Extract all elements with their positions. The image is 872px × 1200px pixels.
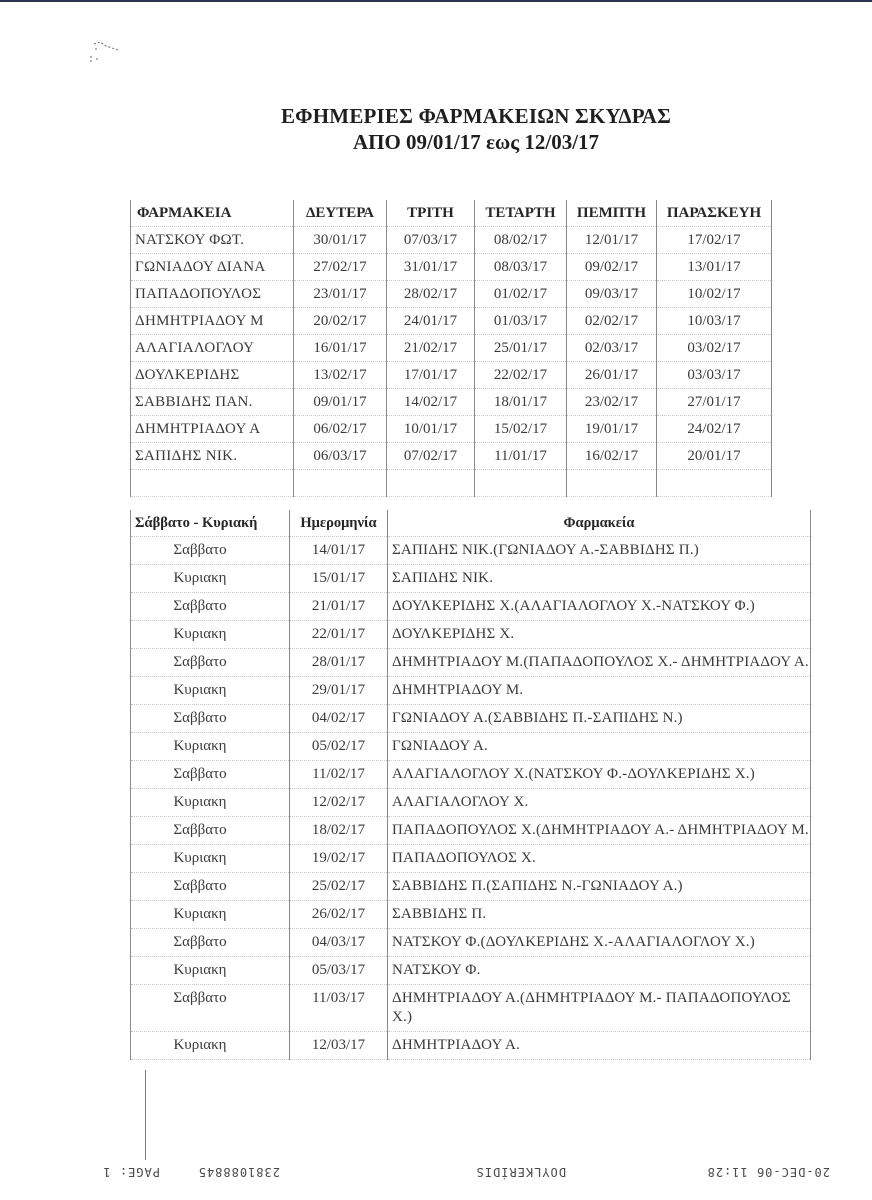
weekend-pharmacy-cell: ΔΟΥΛΚΕΡΙΔΗΣ Χ.(ΑΛΑΓΙΑΛΟΓΛΟΥ Χ.-ΝΑΤΣΚΟΥ Φ… — [388, 593, 811, 621]
weekend-pharmacy-cell: ΣΑΠΙΔΗΣ ΝΙΚ. — [388, 565, 811, 593]
duty-date-cell: 27/02/17 — [294, 254, 387, 281]
duty-date-cell: 10/03/17 — [657, 308, 772, 335]
duty-date-cell: 06/03/17 — [294, 443, 387, 470]
weekend-date-cell: 19/02/17 — [290, 845, 388, 873]
duty-date-cell: 21/02/17 — [387, 335, 475, 362]
weekend-day-cell: Κυριακη — [131, 621, 290, 649]
duty-date-cell: 23/02/17 — [567, 389, 657, 416]
document-title: ΕΦΗΜΕΡΙΕΣ ΦΑΡΜΑΚΕΙΩΝ ΣΚΥΔΡΑΣ — [40, 104, 872, 129]
weekend-day-cell: Κυριακη — [131, 1032, 290, 1060]
table-row: Σαββατο25/02/17ΣΑΒΒΙΔΗΣ Π.(ΣΑΠΙΔΗΣ Ν.-ΓΩ… — [131, 873, 811, 901]
header-day: Σάββατο - Κυριακή — [131, 510, 290, 537]
weekend-date-cell: 04/03/17 — [290, 929, 388, 957]
duty-date-cell: 31/01/17 — [387, 254, 475, 281]
fax-page: PAGE: 1 — [102, 1165, 160, 1179]
pharmacy-name-cell: ΣΑΠΙΔΗΣ ΝΙΚ. — [131, 443, 294, 470]
table-row: ΔΟΥΛΚΕΡΙΔΗΣ13/02/1717/01/1722/02/1726/01… — [131, 362, 772, 389]
weekend-date-cell: 18/02/17 — [290, 817, 388, 845]
weekend-date-cell: 14/01/17 — [290, 537, 388, 565]
weekend-pharmacy-cell: ΑΛΑΓΙΑΛΟΓΛΟΥ Χ.(ΝΑΤΣΚΟΥ Φ.-ΔΟΥΛΚΕΡΙΔΗΣ Χ… — [388, 761, 811, 789]
weekday-duty-table: ΦΑΡΜΑΚΕΙΑ ΔΕΥΤΕΡΑ ΤΡΙΤΗ ΤΕΤΑΡΤΗ ΠΕΜΠΤΗ Π… — [130, 200, 772, 497]
duty-date-cell: 26/01/17 — [567, 362, 657, 389]
duty-date-cell: 23/01/17 — [294, 281, 387, 308]
weekend-date-cell: 12/02/17 — [290, 789, 388, 817]
pharmacy-name-cell: ΠΑΠΑΔΟΠΟΥΛΟΣ — [131, 281, 294, 308]
table-row: Σαββατο18/02/17ΠΑΠΑΔΟΠΟΥΛΟΣ Χ.(ΔΗΜΗΤΡΙΑΔ… — [131, 817, 811, 845]
table-row: Σαββατο04/03/17ΝΑΤΣΚΟΥ Φ.(ΔΟΥΛΚΕΡΙΔΗΣ Χ.… — [131, 929, 811, 957]
table-row: Κυριακη12/02/17ΑΛΑΓΙΑΛΟΓΛΟΥ Χ. — [131, 789, 811, 817]
table-row: Κυριακη15/01/17ΣΑΠΙΔΗΣ ΝΙΚ. — [131, 565, 811, 593]
duty-date-cell: 28/02/17 — [387, 281, 475, 308]
table-row: Κυριακη26/02/17ΣΑΒΒΙΔΗΣ Π. — [131, 901, 811, 929]
table-row: Κυριακη05/02/17ΓΩΝΙΑΔΟΥ Α. — [131, 733, 811, 761]
pharmacy-name-cell: ΔΟΥΛΚΕΡΙΔΗΣ — [131, 362, 294, 389]
weekend-pharmacy-cell: ΔΗΜΗΤΡΙΑΔΟΥ Α.(ΔΗΜΗΤΡΙΑΔΟΥ Μ.- ΠΑΠΑΔΟΠΟΥ… — [388, 985, 811, 1032]
header-date: Ημερομηνία — [290, 510, 388, 537]
table-row: Κυριακη22/01/17ΔΟΥΛΚΕΡΙΔΗΣ Χ. — [131, 621, 811, 649]
table-row: Σαββατο28/01/17ΔΗΜΗΤΡΙΑΔΟΥ Μ.(ΠΑΠΑΔΟΠΟΥΛ… — [131, 649, 811, 677]
fax-datetime: 20-DEC-06 11:28 — [707, 1165, 830, 1179]
weekend-date-cell: 21/01/17 — [290, 593, 388, 621]
weekend-day-cell: Κυριακη — [131, 789, 290, 817]
table-row: Σαββατο21/01/17ΔΟΥΛΚΕΡΙΔΗΣ Χ.(ΑΛΑΓΙΑΛΟΓΛ… — [131, 593, 811, 621]
duty-date-cell: 27/01/17 — [657, 389, 772, 416]
duty-date-cell: 18/01/17 — [475, 389, 567, 416]
duty-date-cell: 14/02/17 — [387, 389, 475, 416]
pharmacy-name-cell: ΝΑΤΣΚΟΥ ΦΩΤ. — [131, 227, 294, 254]
weekend-header-row: Σάββατο - Κυριακή Ημερομηνία Φαρμακεία — [131, 510, 811, 537]
header-pharmacies: ΦΑΡΜΑΚΕΙΑ — [131, 200, 294, 227]
weekend-date-cell: 11/03/17 — [290, 985, 388, 1032]
fax-footer: 20-DEC-06 11:28 DOYLKERÍDIS 2381088845 P… — [0, 1160, 872, 1182]
duty-date-cell: 07/02/17 — [387, 443, 475, 470]
fax-number: 2381088845 — [198, 1165, 280, 1179]
table-row: ΓΩΝΙΑΔΟΥ ΔΙΑΝΑ27/02/1731/01/1708/03/1709… — [131, 254, 772, 281]
duty-date-cell: 09/03/17 — [567, 281, 657, 308]
weekend-date-cell: 22/01/17 — [290, 621, 388, 649]
weekend-pharmacy-cell: ΓΩΝΙΑΔΟΥ Α.(ΣΑΒΒΙΔΗΣ Π.-ΣΑΠΙΔΗΣ Ν.) — [388, 705, 811, 733]
header-thursday: ΠΕΜΠΤΗ — [567, 200, 657, 227]
weekend-day-cell: Κυριακη — [131, 565, 290, 593]
weekend-day-cell: Σαββατο — [131, 761, 290, 789]
empty-cell — [294, 470, 387, 497]
duty-date-cell: 17/01/17 — [387, 362, 475, 389]
weekend-pharmacy-cell: ΠΑΠΑΔΟΠΟΥΛΟΣ Χ. — [388, 845, 811, 873]
duty-date-cell: 01/02/17 — [475, 281, 567, 308]
weekend-day-cell: Σαββατο — [131, 705, 290, 733]
header-tuesday: ΤΡΙΤΗ — [387, 200, 475, 227]
empty-cell — [131, 470, 294, 497]
weekend-day-cell: Σαββατο — [131, 929, 290, 957]
duty-date-cell: 13/02/17 — [294, 362, 387, 389]
table-row: Κυριακη29/01/17ΔΗΜΗΤΡΙΑΔΟΥ Μ. — [131, 677, 811, 705]
weekend-pharmacy-cell: ΔΗΜΗΤΡΙΑΔΟΥ Μ. — [388, 677, 811, 705]
weekend-pharmacy-cell: ΔΗΜΗΤΡΙΑΔΟΥ Α. — [388, 1032, 811, 1060]
duty-date-cell: 13/01/17 — [657, 254, 772, 281]
table-row: Σαββατο11/02/17ΑΛΑΓΙΑΛΟΓΛΟΥ Χ.(ΝΑΤΣΚΟΥ Φ… — [131, 761, 811, 789]
duty-date-cell: 03/03/17 — [657, 362, 772, 389]
weekend-day-cell: Σαββατο — [131, 873, 290, 901]
weekend-date-cell: 26/02/17 — [290, 901, 388, 929]
duty-date-cell: 17/02/17 — [657, 227, 772, 254]
duty-date-cell: 09/02/17 — [567, 254, 657, 281]
scan-artifact-mark — [88, 38, 128, 68]
header-monday: ΔΕΥΤΕΡΑ — [294, 200, 387, 227]
duty-date-cell: 11/01/17 — [475, 443, 567, 470]
duty-date-cell: 16/01/17 — [294, 335, 387, 362]
duty-date-cell: 02/02/17 — [567, 308, 657, 335]
pharmacy-name-cell: ΑΛΑΓΙΑΛΟΓΛΟΥ — [131, 335, 294, 362]
pharmacy-name-cell: ΔΗΜΗΤΡΙΑΔΟΥ Α — [131, 416, 294, 443]
duty-date-cell: 07/03/17 — [387, 227, 475, 254]
table-row: ΣΑΠΙΔΗΣ ΝΙΚ.06/03/1707/02/1711/01/1716/0… — [131, 443, 772, 470]
weekend-pharmacy-cell: ΝΑΤΣΚΟΥ Φ.(ΔΟΥΛΚΕΡΙΔΗΣ Χ.-ΑΛΑΓΙΑΛΟΓΛΟΥ Χ… — [388, 929, 811, 957]
weekend-day-cell: Κυριακη — [131, 901, 290, 929]
table-row: ΝΑΤΣΚΟΥ ΦΩΤ.30/01/1707/03/1708/02/1712/0… — [131, 227, 772, 254]
empty-cell — [475, 470, 567, 497]
table-row: Κυριακη19/02/17ΠΑΠΑΔΟΠΟΥΛΟΣ Χ. — [131, 845, 811, 873]
scan-artifact-line — [145, 1070, 146, 1160]
table-row: ΣΑΒΒΙΔΗΣ ΠΑΝ.09/01/1714/02/1718/01/1723/… — [131, 389, 772, 416]
weekend-pharmacy-cell: ΔΟΥΛΚΕΡΙΔΗΣ Χ. — [388, 621, 811, 649]
weekend-day-cell: Σαββατο — [131, 985, 290, 1032]
weekend-date-cell: 12/03/17 — [290, 1032, 388, 1060]
weekend-day-cell: Κυριακη — [131, 957, 290, 985]
weekend-date-cell: 05/02/17 — [290, 733, 388, 761]
duty-date-cell: 06/02/17 — [294, 416, 387, 443]
duty-date-cell: 10/01/17 — [387, 416, 475, 443]
header-wednesday: ΤΕΤΑΡΤΗ — [475, 200, 567, 227]
weekend-pharmacy-cell: ΠΑΠΑΔΟΠΟΥΛΟΣ Χ.(ΔΗΜΗΤΡΙΑΔΟΥ Α.- ΔΗΜΗΤΡΙΑ… — [388, 817, 811, 845]
duty-date-cell: 22/02/17 — [475, 362, 567, 389]
weekend-date-cell: 28/01/17 — [290, 649, 388, 677]
duty-date-cell: 20/01/17 — [657, 443, 772, 470]
weekend-date-cell: 15/01/17 — [290, 565, 388, 593]
fax-sender: DOYLKERÍDIS — [476, 1165, 566, 1179]
weekend-day-cell: Σαββατο — [131, 593, 290, 621]
duty-date-cell: 20/02/17 — [294, 308, 387, 335]
duty-date-cell: 25/01/17 — [475, 335, 567, 362]
table-row: Κυριακη12/03/17ΔΗΜΗΤΡΙΑΔΟΥ Α. — [131, 1032, 811, 1060]
weekend-pharmacy-cell: ΣΑΠΙΔΗΣ ΝΙΚ.(ΓΩΝΙΑΔΟΥ Α.-ΣΑΒΒΙΔΗΣ Π.) — [388, 537, 811, 565]
weekend-date-cell: 25/02/17 — [290, 873, 388, 901]
weekend-date-cell: 11/02/17 — [290, 761, 388, 789]
header-pharmacies: Φαρμακεία — [388, 510, 811, 537]
weekend-pharmacy-cell: ΔΗΜΗΤΡΙΑΔΟΥ Μ.(ΠΑΠΑΔΟΠΟΥΛΟΣ Χ.- ΔΗΜΗΤΡΙΑ… — [388, 649, 811, 677]
duty-date-cell: 16/02/17 — [567, 443, 657, 470]
header-friday: ΠΑΡΑΣΚΕΥΗ — [657, 200, 772, 227]
table-row: ΔΗΜΗΤΡΙΑΔΟΥ Α06/02/1710/01/1715/02/1719/… — [131, 416, 772, 443]
table-row: ΑΛΑΓΙΑΛΟΓΛΟΥ16/01/1721/02/1725/01/1702/0… — [131, 335, 772, 362]
table-row: Σαββατο04/02/17ΓΩΝΙΑΔΟΥ Α.(ΣΑΒΒΙΔΗΣ Π.-Σ… — [131, 705, 811, 733]
duty-date-cell: 09/01/17 — [294, 389, 387, 416]
duty-date-cell: 24/02/17 — [657, 416, 772, 443]
table-row: Σαββατο11/03/17ΔΗΜΗΤΡΙΑΔΟΥ Α.(ΔΗΜΗΤΡΙΑΔΟ… — [131, 985, 811, 1032]
empty-cell — [657, 470, 772, 497]
weekend-day-cell: Σαββατο — [131, 649, 290, 677]
weekend-day-cell: Κυριακη — [131, 733, 290, 761]
weekend-day-cell: Κυριακη — [131, 677, 290, 705]
pharmacy-name-cell: ΔΗΜΗΤΡΙΑΔΟΥ Μ — [131, 308, 294, 335]
table-row: ΠΑΠΑΔΟΠΟΥΛΟΣ23/01/1728/02/1701/02/1709/0… — [131, 281, 772, 308]
weekend-day-cell: Κυριακη — [131, 845, 290, 873]
duty-date-cell: 02/03/17 — [567, 335, 657, 362]
weekend-duty-table: Σάββατο - Κυριακή Ημερομηνία Φαρμακεία Σ… — [130, 510, 811, 1060]
duty-date-cell: 01/03/17 — [475, 308, 567, 335]
duty-date-cell: 30/01/17 — [294, 227, 387, 254]
weekend-date-cell: 04/02/17 — [290, 705, 388, 733]
weekend-pharmacy-cell: ΣΑΒΒΙΔΗΣ Π. — [388, 901, 811, 929]
weekend-date-cell: 05/03/17 — [290, 957, 388, 985]
empty-cell — [567, 470, 657, 497]
table-row: Κυριακη05/03/17ΝΑΤΣΚΟΥ Φ. — [131, 957, 811, 985]
weekend-pharmacy-cell: ΓΩΝΙΑΔΟΥ Α. — [388, 733, 811, 761]
duty-date-cell: 08/03/17 — [475, 254, 567, 281]
pharmacy-name-cell: ΓΩΝΙΑΔΟΥ ΔΙΑΝΑ — [131, 254, 294, 281]
document-period: ΑΠΟ 09/01/17 εως 12/03/17 — [40, 130, 872, 155]
weekend-pharmacy-cell: ΝΑΤΣΚΟΥ Φ. — [388, 957, 811, 985]
weekday-header-row: ΦΑΡΜΑΚΕΙΑ ΔΕΥΤΕΡΑ ΤΡΙΤΗ ΤΕΤΑΡΤΗ ΠΕΜΠΤΗ Π… — [131, 200, 772, 227]
weekend-day-cell: Σαββατο — [131, 537, 290, 565]
weekend-pharmacy-cell: ΑΛΑΓΙΑΛΟΓΛΟΥ Χ. — [388, 789, 811, 817]
table-row: Σαββατο14/01/17ΣΑΠΙΔΗΣ ΝΙΚ.(ΓΩΝΙΑΔΟΥ Α.-… — [131, 537, 811, 565]
duty-date-cell: 08/02/17 — [475, 227, 567, 254]
weekend-date-cell: 29/01/17 — [290, 677, 388, 705]
duty-date-cell: 15/02/17 — [475, 416, 567, 443]
table-row: ΔΗΜΗΤΡΙΑΔΟΥ Μ20/02/1724/01/1701/03/1702/… — [131, 308, 772, 335]
duty-date-cell: 12/01/17 — [567, 227, 657, 254]
weekend-pharmacy-cell: ΣΑΒΒΙΔΗΣ Π.(ΣΑΠΙΔΗΣ Ν.-ΓΩΝΙΑΔΟΥ Α.) — [388, 873, 811, 901]
pharmacy-name-cell: ΣΑΒΒΙΔΗΣ ΠΑΝ. — [131, 389, 294, 416]
scan-top-edge — [0, 0, 872, 2]
duty-date-cell: 10/02/17 — [657, 281, 772, 308]
empty-cell — [387, 470, 475, 497]
weekend-day-cell: Σαββατο — [131, 817, 290, 845]
duty-date-cell: 19/01/17 — [567, 416, 657, 443]
duty-date-cell: 24/01/17 — [387, 308, 475, 335]
duty-date-cell: 03/02/17 — [657, 335, 772, 362]
empty-row — [131, 470, 772, 497]
